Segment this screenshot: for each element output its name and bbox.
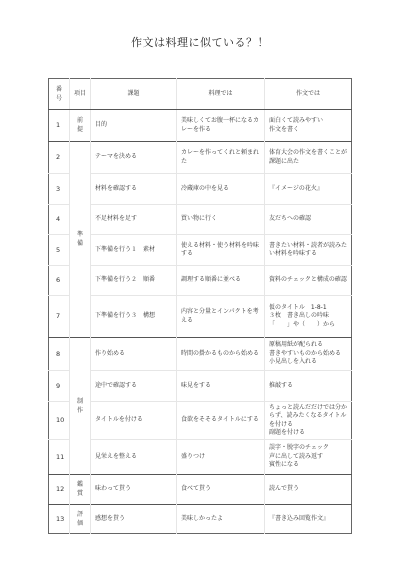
cooking-cell: 時間の掛かるものから始める: [177, 338, 265, 371]
cooking-cell: 内容と分量とインパクトを考える: [177, 296, 265, 338]
cooking-cell: 味見をする: [177, 371, 265, 402]
writing-cell: 『書き込み回覧作文』: [265, 505, 352, 534]
task-cell: 下準備を行う１ 素材: [91, 235, 177, 266]
table-row: 1 前提 目的 美味しくてお腹一杯になるカレーを作る 面白くて読みやすい 作文を…: [49, 110, 352, 142]
cooking-cell: 盛りつけ: [177, 440, 265, 475]
table-row: 2 準備 テーマを決める カレーを作ってくれと頼まれた 体育大会の作文を書くこと…: [49, 142, 352, 174]
table-row: 11 見栄えを整える 盛りつけ 誤字・脱字のチェック 声に出して読み返す 賓性に…: [49, 440, 352, 475]
row-number: 5: [49, 235, 70, 266]
table-row: 10 タイトルを付ける 食欲をそそるタイトルにする ちょっと読んだだけでは分から…: [49, 402, 352, 440]
cooking-cell: 冷蔵庫の中を見る: [177, 174, 265, 205]
writing-cell: 資料のチェックと構成の確認: [265, 266, 352, 296]
cooking-cell: 食べて貰う: [177, 475, 265, 505]
task-cell: 目的: [91, 110, 177, 142]
category-production: 制作: [70, 338, 91, 475]
header-item: 項目: [70, 79, 91, 110]
task-cell: 不足材料を足す: [91, 205, 177, 235]
header-writing: 作文では: [265, 79, 352, 110]
row-number: 6: [49, 266, 70, 296]
row-number: 12: [49, 475, 70, 505]
table-row: 12 鑑賞 味わって貰う 食べて貰う 読んで貰う: [49, 475, 352, 505]
cooking-cell: 食欲をそそるタイトルにする: [177, 402, 265, 440]
writing-cell: ちょっと読んだだけでは分からず、読みたくなるタイトルを付ける 副題を付ける: [265, 402, 352, 440]
writing-cell: 書きたい材料・読者が読みたい材料を吟味する: [265, 235, 352, 266]
cooking-cell: 買い物に行く: [177, 205, 265, 235]
task-cell: 作り始める: [91, 338, 177, 371]
task-cell: 感想を貰う: [91, 505, 177, 534]
row-number: 10: [49, 402, 70, 440]
task-cell: 下準備を行う２ 順番: [91, 266, 177, 296]
task-cell: 下準備を行う３ 構想: [91, 296, 177, 338]
cooking-cell: 美味しかったよ: [177, 505, 265, 534]
row-number: 13: [49, 505, 70, 534]
row-number: 4: [49, 205, 70, 235]
row-number: 2: [49, 142, 70, 174]
table-row: 4 不足材料を足す 買い物に行く 友だちへの確認: [49, 205, 352, 235]
cooking-cell: 美味しくてお腹一杯になるカレーを作る: [177, 110, 265, 142]
writing-cell: 推敲する: [265, 371, 352, 402]
header-task: 課題: [91, 79, 177, 110]
table-row: 8 制作 作り始める 時間の掛かるものから始める 原稿用紙が配られる 書きやすい…: [49, 338, 352, 371]
cooking-cell: カレーを作ってくれと頼まれた: [177, 142, 265, 174]
category-preparation: 準備: [70, 142, 91, 338]
task-cell: 途中で確認する: [91, 371, 177, 402]
writing-cell: 誤字・脱字のチェック 声に出して読み返す 賓性になる: [265, 440, 352, 475]
task-cell: 材料を確認する: [91, 174, 177, 205]
task-cell: 見栄えを整える: [91, 440, 177, 475]
table-row: 3 材料を確認する 冷蔵庫の中を見る 『イメージの花火』: [49, 174, 352, 205]
header-row: 番号 項目 課題 料理では 作文では: [49, 79, 352, 110]
writing-cell: 友だちへの確認: [265, 205, 352, 235]
table-row: 9 途中で確認する 味見をする 推敲する: [49, 371, 352, 402]
table-row: 13 評価 感想を貰う 美味しかったよ 『書き込み回覧作文』: [49, 505, 352, 534]
category-premise: 前提: [70, 110, 91, 142]
writing-cell: 原稿用紙が配られる 書きやすいものから始める 小見出しを入れる: [265, 338, 352, 371]
row-number: 1: [49, 110, 70, 142]
row-number: 11: [49, 440, 70, 475]
task-cell: タイトルを付ける: [91, 402, 177, 440]
cooking-cell: 使える材料・使う材料を吟味する: [177, 235, 265, 266]
writing-cell: 『イメージの花火』: [265, 174, 352, 205]
task-cell: 味わって貰う: [91, 475, 177, 505]
writing-cell: 読んで貰う: [265, 475, 352, 505]
header-cooking: 料理では: [177, 79, 265, 110]
comparison-table: 番号 項目 課題 料理では 作文では 1 前提 目的 美味しくてお腹一杯になるカ…: [48, 78, 352, 534]
page-title: 作文は料理に似ている？！: [0, 34, 400, 50]
row-number: 3: [49, 174, 70, 205]
task-cell: テーマを決める: [91, 142, 177, 174]
writing-cell: 体育大会の作文を書くことが課題に出た: [265, 142, 352, 174]
row-number: 9: [49, 371, 70, 402]
table-row: 5 下準備を行う１ 素材 使える材料・使う材料を吟味する 書きたい材料・読者が読…: [49, 235, 352, 266]
table-row: 7 下準備を行う３ 構想 内容と分量とインパクトを考える 仮のタイトル 1-8-…: [49, 296, 352, 338]
row-number: 8: [49, 338, 70, 371]
cooking-cell: 調理する順番に並べる: [177, 266, 265, 296]
writing-cell: 仮のタイトル 1-8-1 ３枚 書き出しの吟味 「 」や（ ）から: [265, 296, 352, 338]
writing-cell: 面白くて読みやすい 作文を書く: [265, 110, 352, 142]
row-number: 7: [49, 296, 70, 338]
category-appreciation: 鑑賞: [70, 475, 91, 505]
table-row: 6 下準備を行う２ 順番 調理する順番に並べる 資料のチェックと構成の確認: [49, 266, 352, 296]
category-evaluation: 評価: [70, 505, 91, 534]
header-number: 番号: [49, 79, 70, 110]
